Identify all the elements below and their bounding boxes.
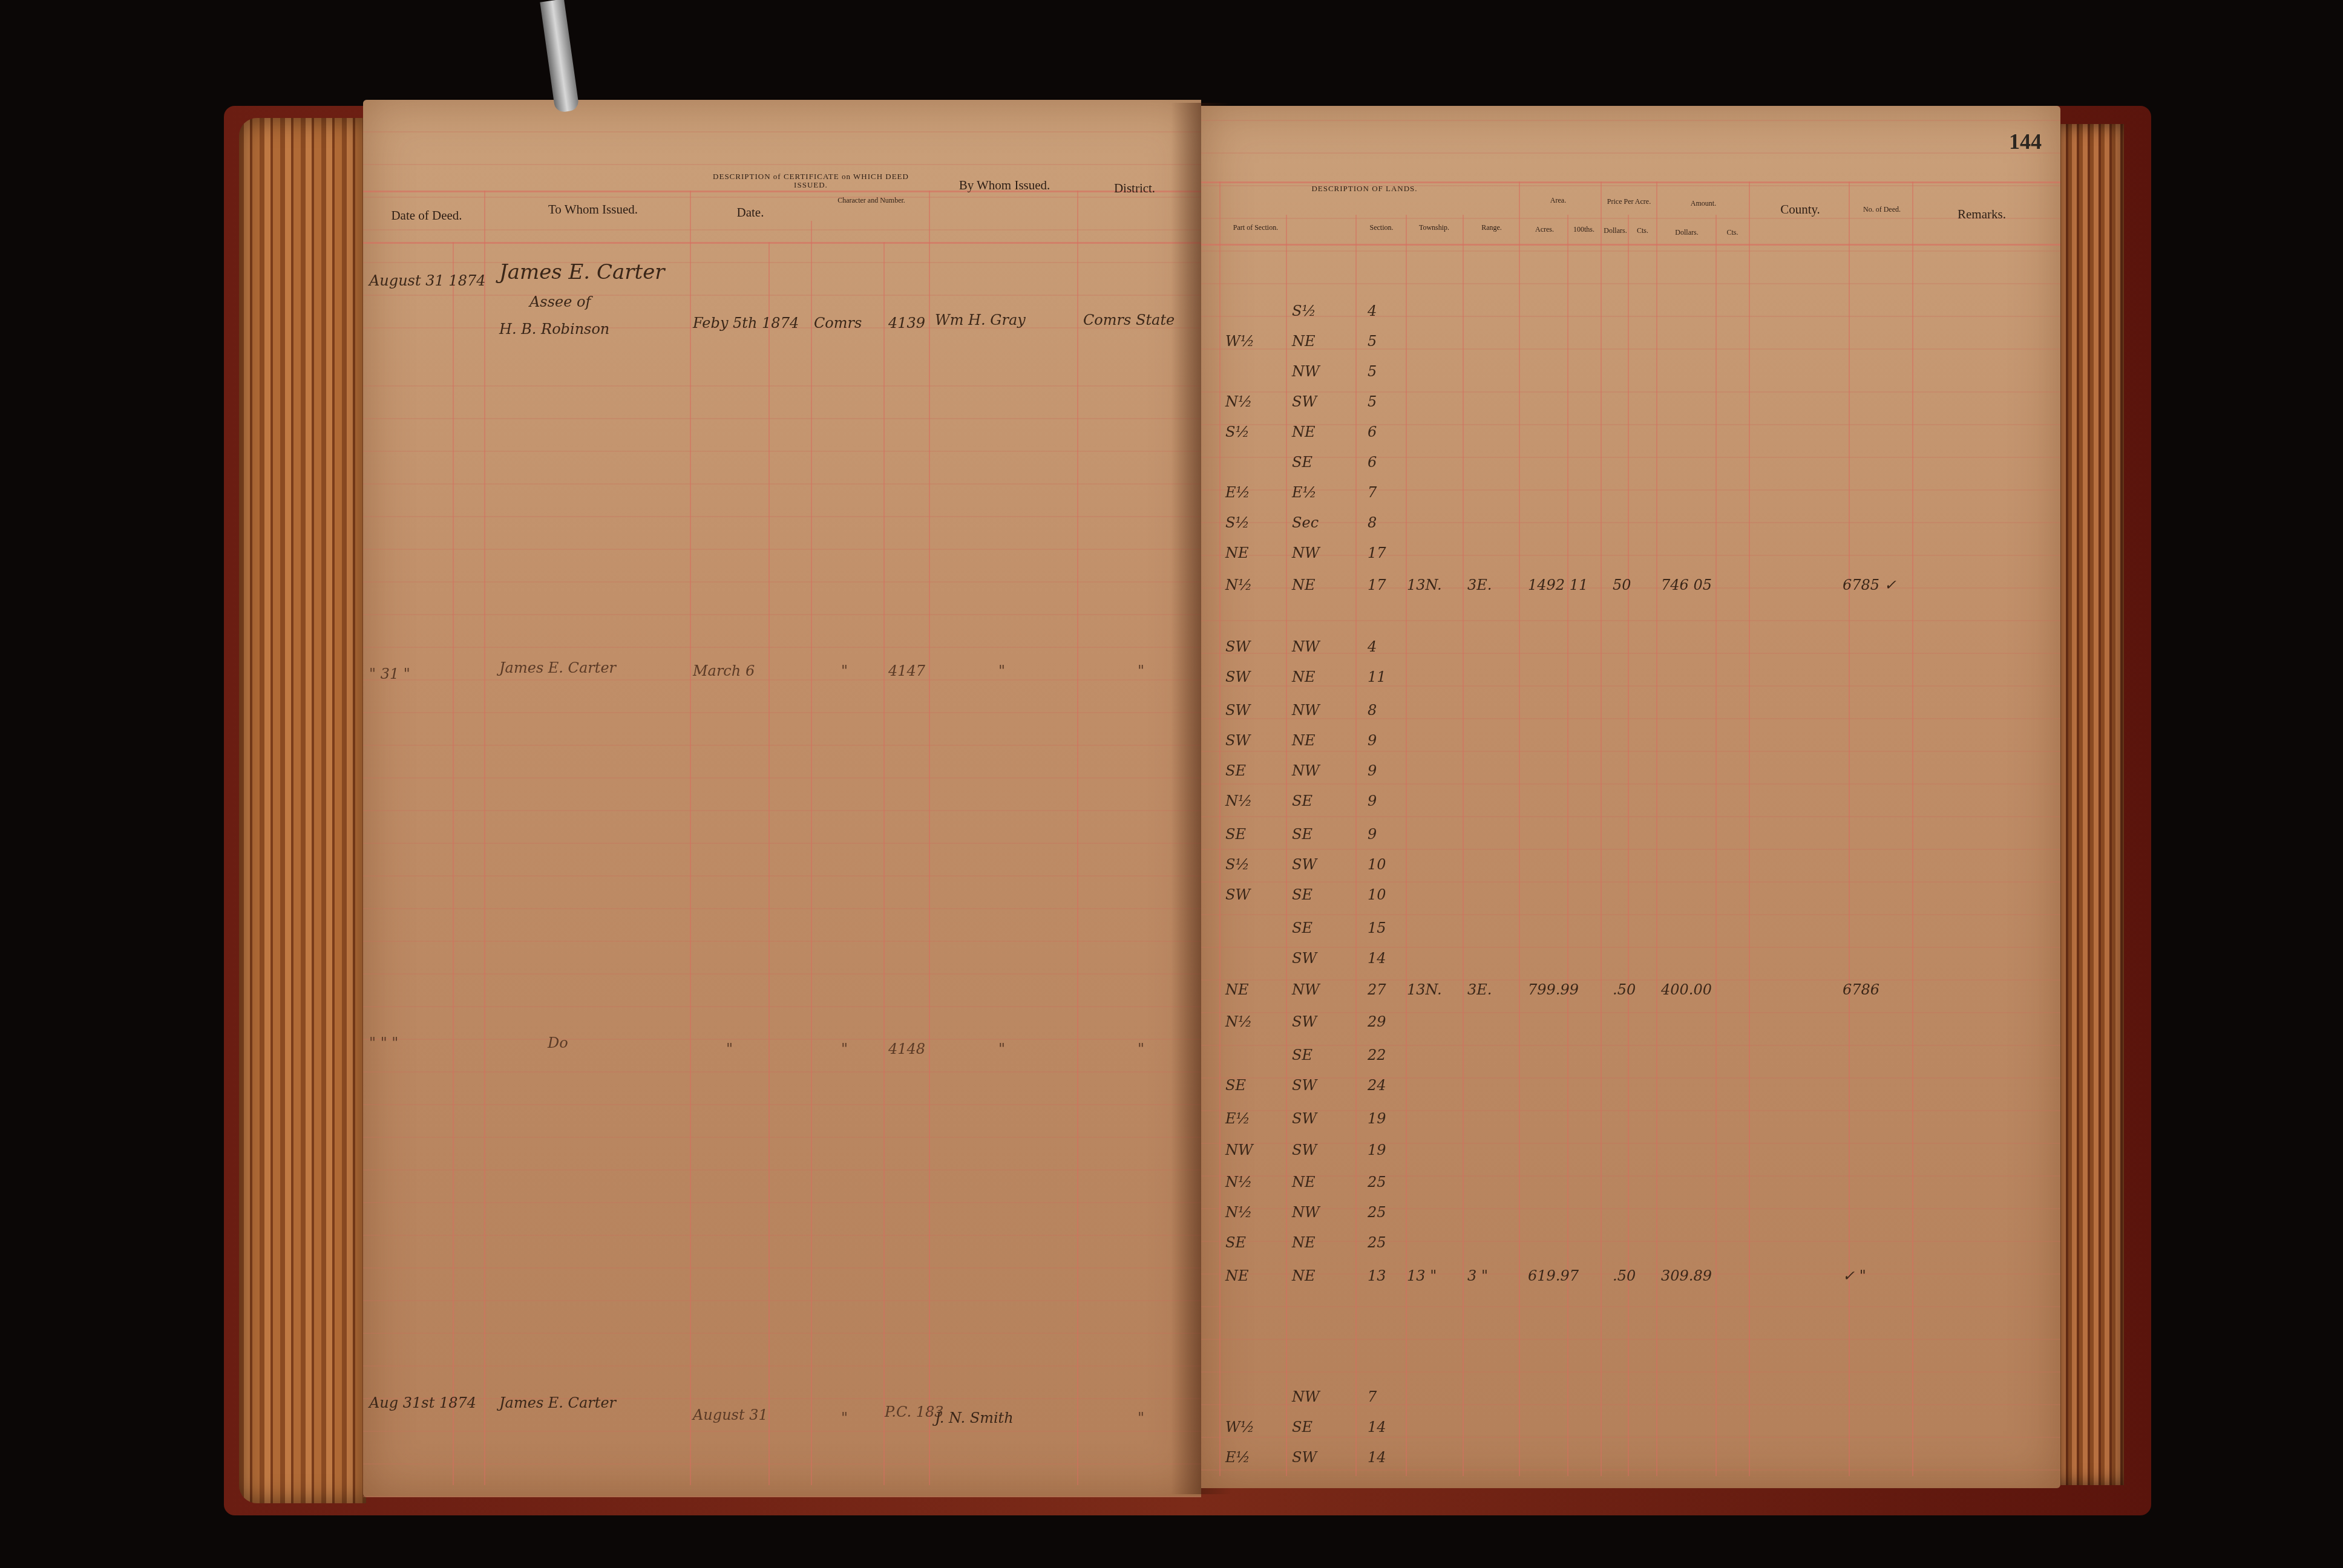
header-county: County. — [1752, 203, 1849, 217]
header-township: Township. — [1407, 224, 1461, 232]
quarter-section: NE — [1292, 333, 1316, 350]
section-number: 9 — [1368, 826, 1377, 843]
price-per-acre: .50 — [1613, 1267, 1636, 1284]
part-of-section: SW — [1225, 702, 1250, 719]
quarter-section: NW — [1292, 544, 1320, 561]
header-range: Range. — [1464, 224, 1519, 232]
part-of-section: NE — [1225, 544, 1249, 561]
quarter-section: NE — [1292, 732, 1316, 749]
part-of-section: N½ — [1225, 1013, 1252, 1030]
header-area-group: Area. — [1528, 197, 1588, 204]
page-edges-right — [2057, 124, 2124, 1485]
part-of-section: SE — [1225, 1077, 1246, 1094]
price-per-acre: .50 — [1613, 981, 1636, 998]
part-of-section: W½ — [1225, 333, 1254, 350]
amount: 746 05 — [1661, 577, 1712, 593]
township: 13N. — [1407, 577, 1442, 593]
quarter-section: NE — [1292, 423, 1316, 440]
section-number: 19 — [1368, 1110, 1386, 1127]
part-of-section: SW — [1225, 886, 1250, 903]
section-number: 29 — [1368, 1013, 1386, 1030]
col-divider — [1567, 215, 1568, 1476]
quarter-section: SW — [1292, 1142, 1317, 1158]
cert-number: 4148 — [888, 1040, 925, 1057]
part-of-section: N½ — [1225, 577, 1252, 593]
part-of-section: S½ — [1225, 423, 1250, 440]
district: " — [1138, 1040, 1144, 1057]
quarter-section: NW — [1292, 1204, 1320, 1221]
part-of-section: E½ — [1225, 1110, 1250, 1127]
cert-date: Feby 5th 1874 — [693, 315, 799, 332]
part-of-section: S½ — [1225, 856, 1250, 873]
col-divider — [811, 221, 812, 1485]
part-of-section: SE — [1225, 762, 1246, 779]
section-number: 9 — [1368, 792, 1377, 809]
col-divider — [883, 242, 885, 1485]
header-section: Section. — [1357, 224, 1406, 232]
quarter-section: SE — [1292, 792, 1312, 809]
col-divider — [690, 191, 691, 1485]
col-divider — [484, 191, 485, 1485]
quarter-section: SW — [1292, 1449, 1317, 1466]
part-of-section: SE — [1225, 826, 1246, 843]
section-number: 6 — [1368, 423, 1377, 440]
range: 3E. — [1467, 577, 1492, 593]
col-divider — [1463, 215, 1464, 1476]
col-divider — [1912, 181, 1913, 1476]
deed-number: 6786 — [1843, 981, 1879, 998]
cert-character: " — [841, 1410, 848, 1426]
left-page: Date of Deed. To Whom Issued. DESCRIPTIO… — [363, 100, 1201, 1497]
section-number: 10 — [1368, 856, 1386, 873]
section-number: 25 — [1368, 1234, 1386, 1251]
cert-date: August 31 — [693, 1406, 768, 1423]
quarter-section: SW — [1292, 856, 1317, 873]
header-by-whom-issued: By Whom Issued. — [932, 178, 1077, 192]
section-number: 6 — [1368, 454, 1377, 471]
quarter-section: NW — [1292, 762, 1320, 779]
range: 3 " — [1467, 1267, 1488, 1284]
header-lands-group: DESCRIPTION OF LANDS. — [1262, 185, 1467, 193]
quarter-section: E½ — [1292, 484, 1317, 501]
section-number: 13 — [1368, 1267, 1386, 1284]
part-of-section: SW — [1225, 668, 1250, 685]
quarter-section: SE — [1292, 886, 1312, 903]
quarter-section: SW — [1292, 950, 1317, 967]
cert-character: " — [841, 1040, 848, 1057]
metal-clip — [540, 0, 579, 113]
part-of-section: NW — [1225, 1142, 1253, 1158]
header-top-rule — [1201, 181, 2060, 183]
quarter-section: SW — [1292, 1013, 1317, 1030]
section-number: 9 — [1368, 762, 1377, 779]
section-number: 15 — [1368, 920, 1386, 936]
grantee-name: James E. Carter — [499, 1394, 616, 1411]
part-of-section: SE — [1225, 1234, 1246, 1251]
section-number: 5 — [1368, 393, 1377, 410]
section-number: 8 — [1368, 702, 1377, 719]
col-divider — [1077, 191, 1078, 1485]
header-cert-date: Date. — [702, 206, 799, 220]
quarter-section: NE — [1292, 668, 1316, 685]
quarter-section: SW — [1292, 1110, 1317, 1127]
header-price-group: Price Per Acre. — [1602, 198, 1656, 206]
quarter-section: NE — [1292, 577, 1316, 593]
quarter-section: SE — [1292, 1419, 1312, 1436]
quarter-section: NW — [1292, 363, 1320, 380]
header-bottom-rule — [1201, 244, 2060, 246]
part-of-section: N½ — [1225, 393, 1252, 410]
header-amount-group: Amount. — [1661, 200, 1746, 207]
grantee-line: Assee of — [529, 293, 591, 310]
col-divider — [1219, 181, 1221, 1476]
col-divider — [1519, 181, 1520, 1476]
date-of-deed: " 31 " — [369, 665, 410, 682]
header-bottom-rule — [363, 242, 1201, 244]
header-100ths: 100ths. — [1567, 226, 1601, 234]
col-divider — [1628, 215, 1629, 1476]
quarter-section: NW — [1292, 702, 1320, 719]
quarter-section: NW — [1292, 638, 1320, 655]
cert-character: " — [841, 662, 848, 679]
cert-number: 4139 — [888, 315, 925, 332]
section-number: 5 — [1368, 333, 1377, 350]
part-of-section: NE — [1225, 1267, 1249, 1284]
quarter-section: NE — [1292, 1174, 1316, 1191]
grantee-name: James E. Carter — [499, 260, 665, 284]
header-remarks: Remarks. — [1915, 207, 2048, 221]
section-number: 25 — [1368, 1204, 1386, 1221]
col-divider — [768, 242, 770, 1485]
quarter-section: NW — [1292, 1388, 1320, 1405]
deed-number: ✓ " — [1843, 1267, 1866, 1284]
section-number: 25 — [1368, 1174, 1386, 1191]
district: " — [1138, 662, 1144, 679]
header-date-of-deed: Date of Deed. — [375, 209, 478, 223]
issued-by: " — [998, 662, 1005, 679]
section-number: 8 — [1368, 514, 1377, 531]
acres: 799.99 — [1528, 981, 1579, 998]
section-number: 17 — [1368, 544, 1386, 561]
section-number: 11 — [1368, 668, 1386, 685]
header-no-of-deed: No. of Deed. — [1852, 206, 1912, 214]
section-number: 14 — [1368, 1419, 1386, 1436]
cert-character: Comrs — [814, 315, 862, 332]
acres: 619.97 — [1528, 1267, 1579, 1284]
cert-date: March 6 — [693, 662, 755, 679]
section-number: 17 — [1368, 577, 1386, 593]
section-number: 10 — [1368, 886, 1386, 903]
section-number: 14 — [1368, 950, 1386, 967]
header-amount-cents: Cts. — [1717, 229, 1748, 237]
date-of-deed: August 31 1874 — [369, 272, 485, 289]
issued-by: Wm H. Gray — [935, 312, 1026, 328]
header-to-whom-issued: To Whom Issued. — [508, 203, 678, 217]
part-of-section: S½ — [1225, 514, 1250, 531]
township: 13 " — [1407, 1267, 1437, 1284]
quarter-section: SW — [1292, 1077, 1317, 1094]
price-per-acre: 50 — [1613, 577, 1631, 593]
quarter-section: NE — [1292, 1267, 1316, 1284]
quarter-section: NE — [1292, 1234, 1316, 1251]
header-price-dollars: Dollars. — [1602, 227, 1629, 235]
date-of-deed: Aug 31st 1874 — [369, 1394, 476, 1411]
issued-by: " — [998, 1040, 1005, 1057]
quarter-section: NW — [1292, 981, 1320, 998]
col-divider — [1715, 215, 1717, 1476]
part-of-section: E½ — [1225, 1449, 1250, 1466]
section-number: 7 — [1368, 1388, 1377, 1405]
header-amount-dollars: Dollars. — [1658, 229, 1715, 237]
section-number: 19 — [1368, 1142, 1386, 1158]
part-of-section: N½ — [1225, 792, 1252, 809]
col-divider — [1656, 181, 1657, 1476]
page-edges-left — [239, 118, 366, 1503]
col-divider — [1749, 181, 1750, 1476]
section-number: 24 — [1368, 1077, 1386, 1094]
township: 13N. — [1407, 981, 1442, 998]
section-number: 22 — [1368, 1047, 1386, 1063]
col-divider — [1406, 215, 1407, 1476]
quarter-section: SE — [1292, 454, 1312, 471]
col-divider — [929, 191, 930, 1485]
grantee-name: James E. Carter — [499, 659, 616, 676]
district: " — [1138, 1410, 1144, 1426]
part-of-section: N½ — [1225, 1204, 1252, 1221]
grantee-line: H. B. Robinson — [499, 321, 609, 338]
date-of-deed: " " " — [369, 1034, 398, 1051]
section-number: 9 — [1368, 732, 1377, 749]
header-price-cents: Cts. — [1629, 227, 1656, 235]
page-number: 144 — [2009, 129, 2042, 154]
quarter-section: SE — [1292, 920, 1312, 936]
quarter-section: SW — [1292, 393, 1317, 410]
deed-number: 6785 ✓ — [1843, 577, 1896, 593]
header-cert-character-number: Character and Number. — [817, 197, 926, 204]
section-number: 27 — [1368, 981, 1386, 998]
quarter-section: SE — [1292, 1047, 1312, 1063]
header-part-of-section: Part of Section. — [1225, 224, 1286, 232]
col-divider — [1355, 215, 1357, 1476]
part-of-section: SW — [1225, 732, 1250, 749]
ruled-lines — [363, 100, 1201, 1497]
section-number: 4 — [1368, 638, 1377, 655]
district: Comrs State — [1083, 312, 1175, 328]
acres: 1492 11 — [1528, 577, 1588, 593]
amount: 309.89 — [1661, 1267, 1712, 1284]
cert-number: 4147 — [888, 662, 925, 679]
part-of-section: SW — [1225, 638, 1250, 655]
range: 3E. — [1467, 981, 1492, 998]
col-divider — [453, 242, 454, 1485]
part-of-section: W½ — [1225, 1419, 1254, 1436]
amount: 400.00 — [1661, 981, 1712, 998]
right-page: 144 DESCRIPTION OF LANDS. Part of Sectio… — [1201, 106, 2060, 1488]
header-certificate-group: DESCRIPTION of CERTIFICATE on WHICH DEED… — [696, 172, 926, 190]
quarter-section: S½ — [1292, 302, 1316, 319]
section-number: 14 — [1368, 1449, 1386, 1466]
quarter-section: Sec — [1292, 514, 1319, 531]
cert-date: " — [726, 1040, 733, 1057]
part-of-section: E½ — [1225, 484, 1250, 501]
section-number: 5 — [1368, 363, 1377, 380]
issued-by: J. N. Smith — [935, 1410, 1014, 1426]
part-of-section: NE — [1225, 981, 1249, 998]
section-number: 7 — [1368, 484, 1377, 501]
quarter-section: SE — [1292, 826, 1312, 843]
section-number: 4 — [1368, 302, 1377, 319]
col-divider — [1286, 215, 1287, 1476]
part-of-section: N½ — [1225, 1174, 1252, 1191]
header-acres: Acres. — [1522, 226, 1567, 234]
col-divider — [1601, 181, 1602, 1476]
grantee-name: Do — [548, 1034, 568, 1051]
